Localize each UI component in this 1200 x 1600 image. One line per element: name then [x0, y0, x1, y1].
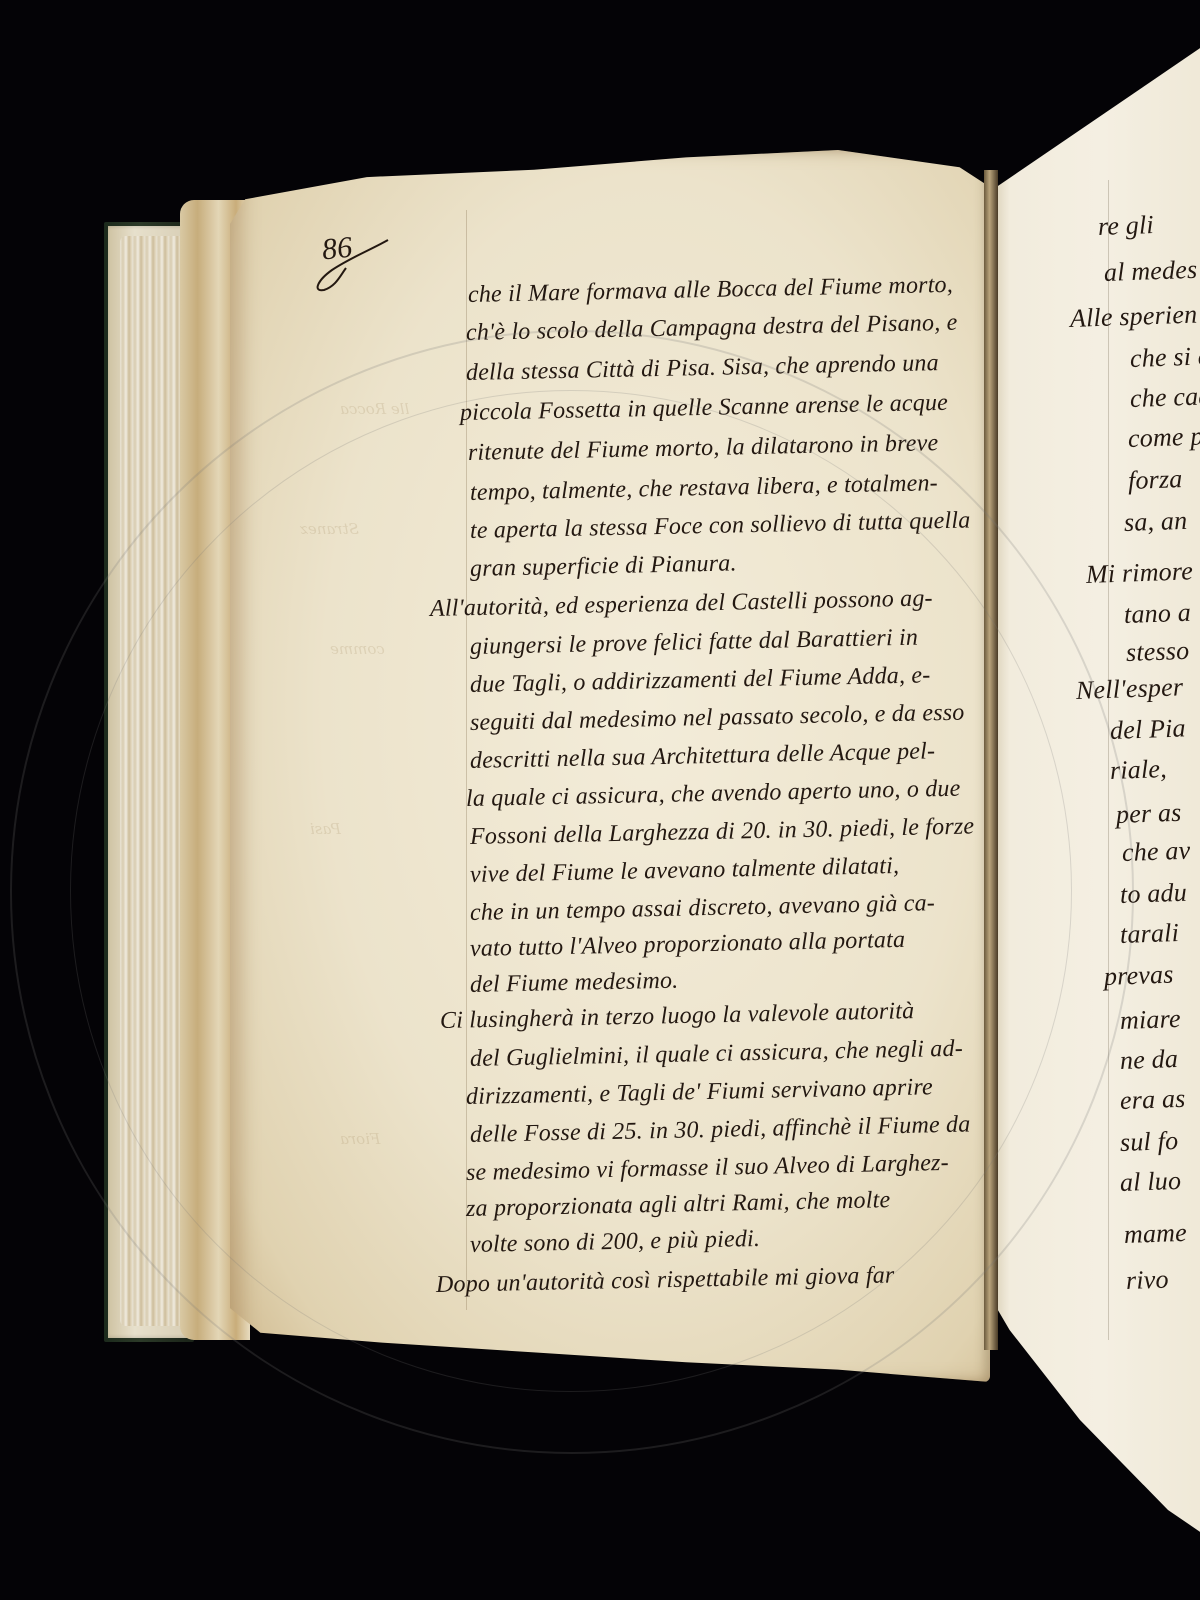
- text-line: del Pia: [1109, 713, 1186, 746]
- text-line: mame: [1123, 1218, 1187, 1250]
- text-line: era as: [1119, 1084, 1185, 1116]
- text-line: stesso: [1125, 636, 1189, 668]
- text-line: gran superficie di Pianura.: [470, 550, 737, 583]
- bleed-through-text: Stranez: [300, 520, 359, 538]
- text-line: che av: [1121, 836, 1190, 868]
- text-line: Nell'esper: [1075, 672, 1183, 706]
- text-line: che cad: [1129, 381, 1200, 414]
- bleed-through-text: comme: [330, 640, 385, 658]
- text-line: rivo: [1125, 1265, 1169, 1296]
- text-line: sa, an: [1123, 506, 1187, 538]
- text-line: al medes: [1103, 255, 1197, 288]
- text-line: tarali: [1119, 918, 1179, 950]
- text-line: miare: [1119, 1004, 1181, 1036]
- text-line: prevas: [1103, 960, 1174, 992]
- bleed-through-text: Pasi: [310, 820, 341, 838]
- manuscript-photo: lle Rocca Stranez comme Pasi Fiora 86 ch…: [0, 0, 1200, 1600]
- text-line: che si a: [1129, 341, 1200, 374]
- text-line: sul fo: [1119, 1126, 1178, 1158]
- bleed-through-text: Fiora: [340, 1130, 380, 1148]
- text-line: del Fiume medesimo.: [470, 968, 679, 999]
- text-line: ne da: [1119, 1044, 1178, 1076]
- text-line: al luo: [1119, 1166, 1181, 1198]
- text-line: come pe: [1127, 421, 1200, 454]
- page-number-flourish-icon: [310, 236, 390, 296]
- text-line: forza: [1127, 464, 1182, 496]
- book-gutter: [984, 170, 998, 1350]
- text-line: re gli: [1097, 210, 1154, 242]
- text-line: per as: [1115, 798, 1181, 830]
- bleed-through-text: lle Rocca: [340, 400, 409, 418]
- text-line: tano a: [1123, 598, 1191, 630]
- text-line: to adu: [1119, 878, 1187, 910]
- text-line: riale,: [1109, 754, 1167, 786]
- text-line: Mi rimore: [1085, 556, 1193, 590]
- text-line: Alle sperien: [1069, 300, 1197, 334]
